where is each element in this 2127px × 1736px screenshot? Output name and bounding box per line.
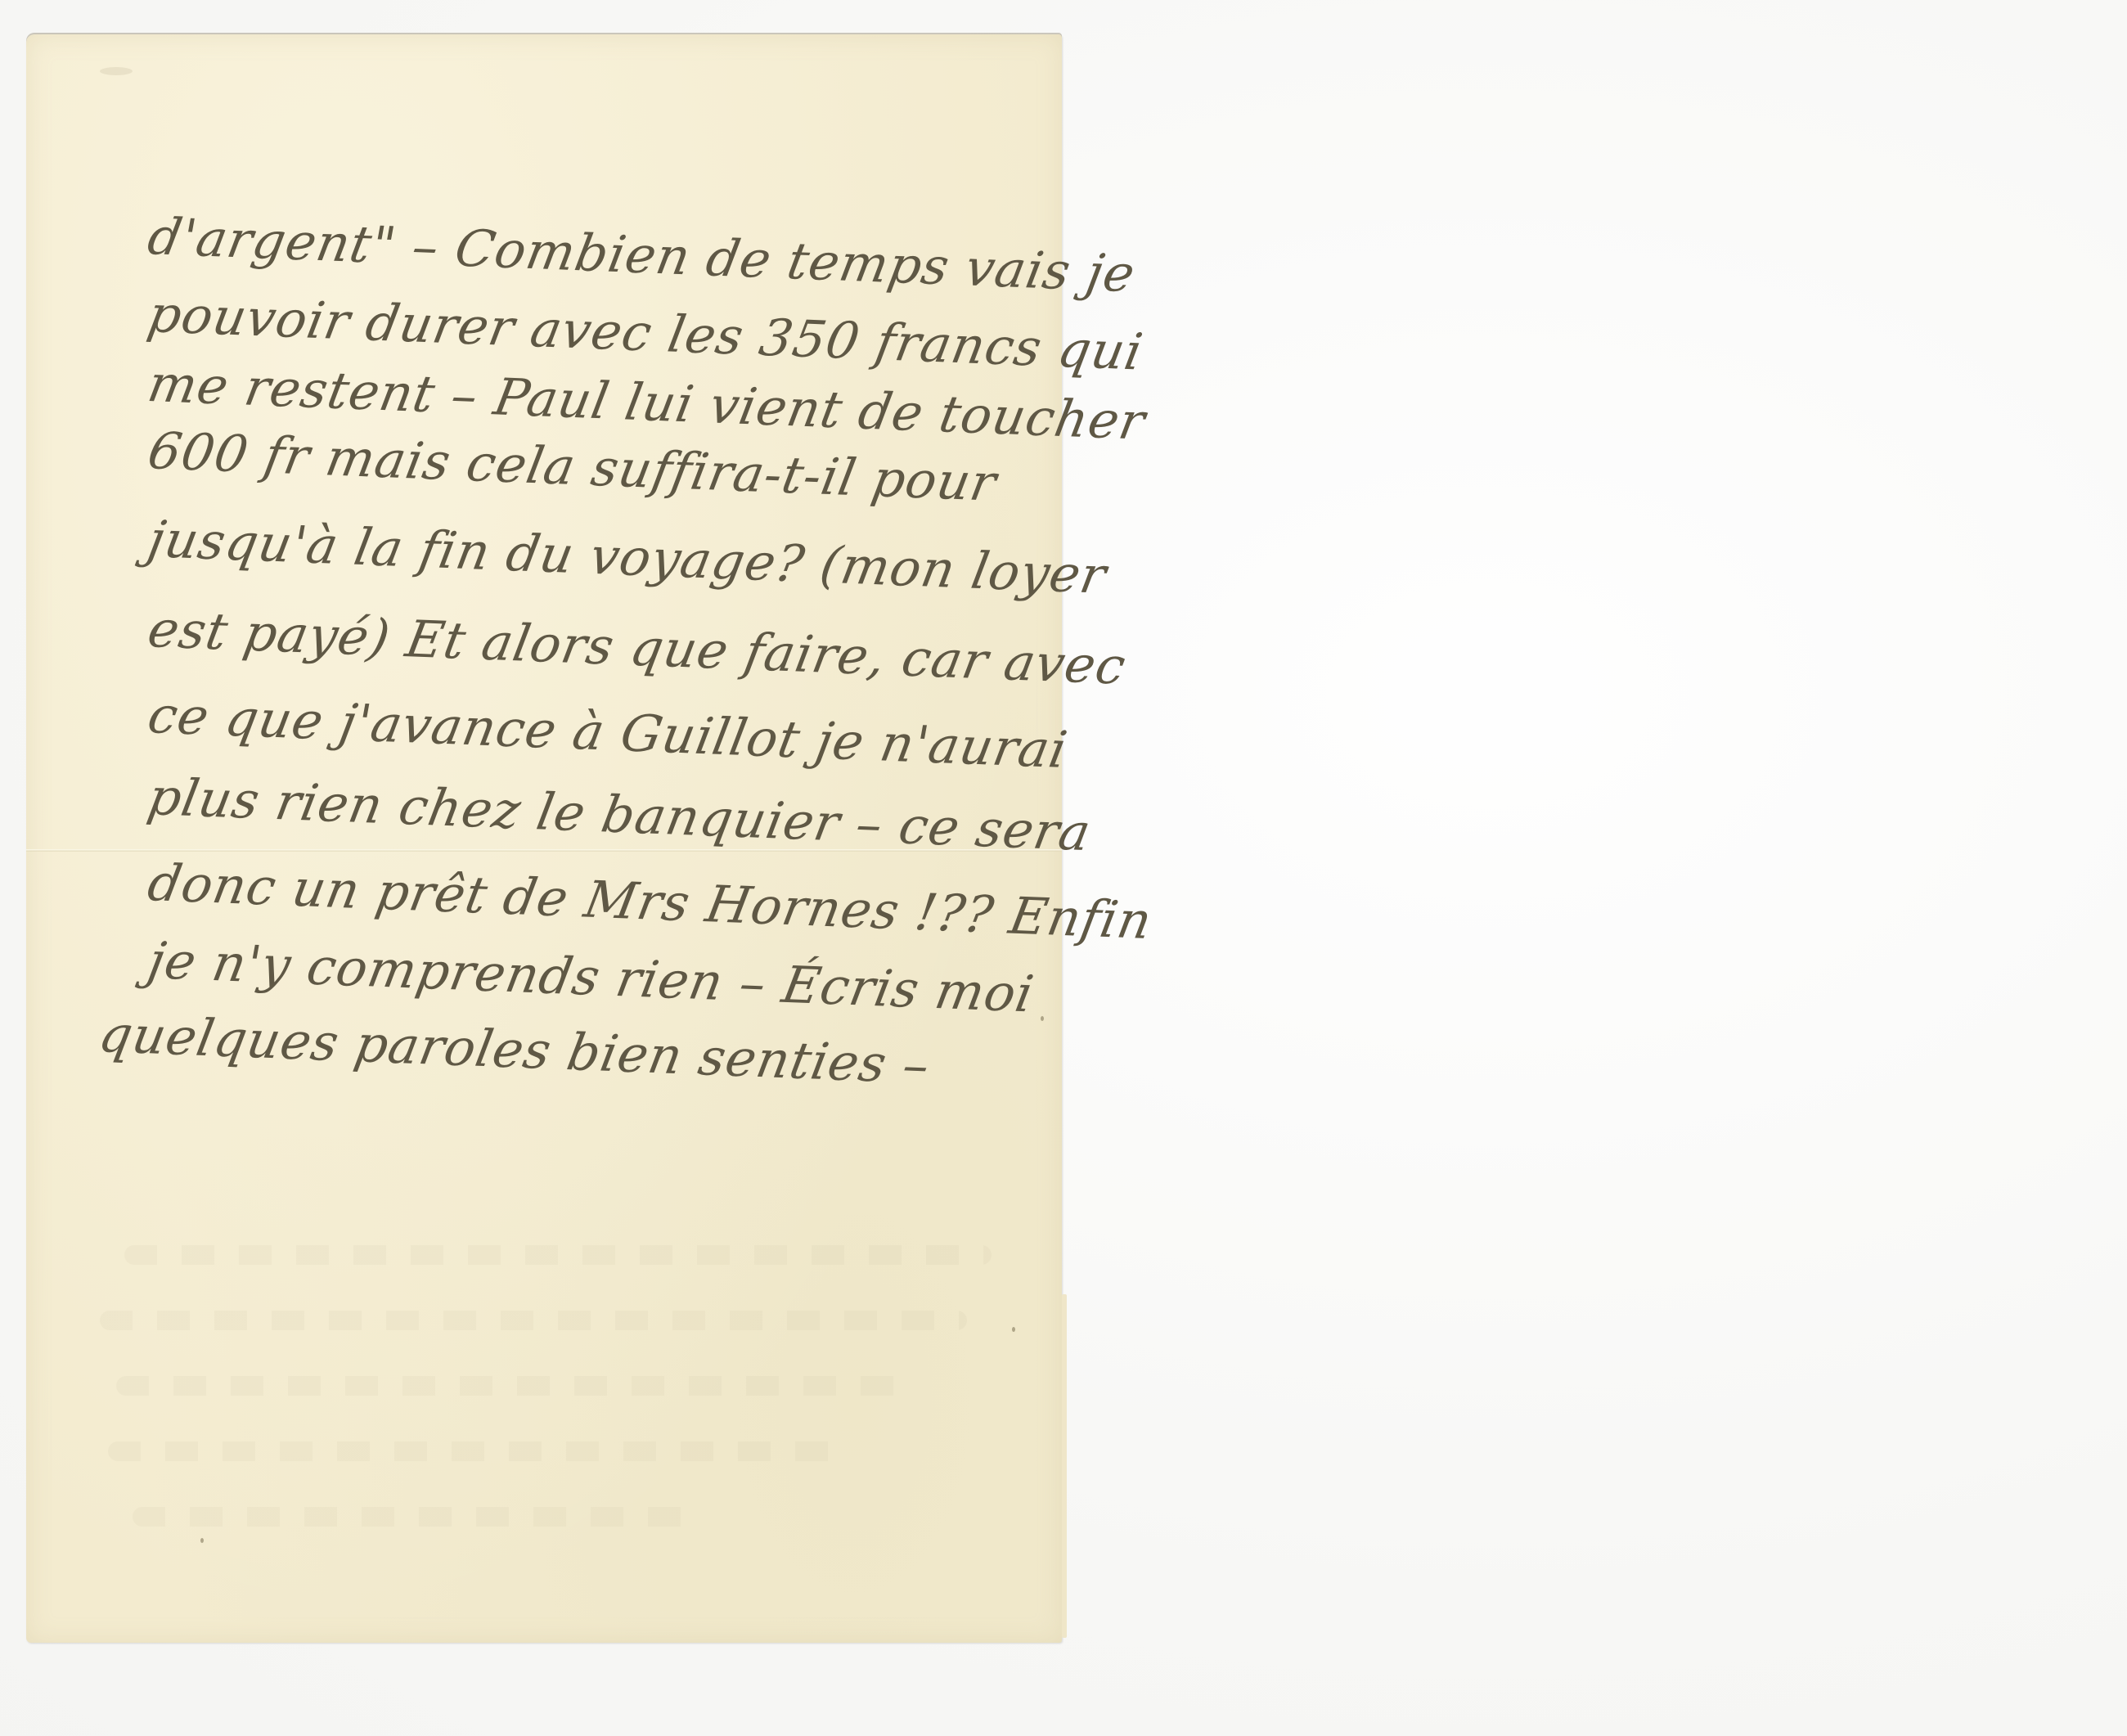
ink-speck: [1012, 1327, 1015, 1332]
bleed-through-text: [100, 1311, 967, 1330]
handwritten-line: est payé) Et alors que faire, car avec: [143, 599, 1131, 695]
bleed-through-text: [124, 1245, 992, 1265]
pencil-smudge: [100, 67, 133, 75]
handwritten-line: plus rien chez le banquier – ce sera: [143, 767, 1095, 862]
ink-speck: [1041, 1016, 1044, 1021]
bleed-through-text: [108, 1441, 844, 1461]
letter-page: d'argent" – Combien de temps vais je pou…: [26, 34, 1062, 1643]
handwritten-line: jusqu'à la fin du voyage? (mon loyer: [143, 509, 1111, 605]
handwritten-line: quelques paroles bien senties –: [94, 1004, 934, 1095]
handwritten-line: je n'y comprends rien – Écris moi: [143, 930, 1038, 1023]
ink-speck: [200, 1538, 204, 1543]
bleed-through-text: [133, 1507, 705, 1527]
bleed-through-text: [116, 1376, 918, 1396]
handwritten-line: ce que j'avance à Guillot je n'aurai: [143, 685, 1072, 780]
